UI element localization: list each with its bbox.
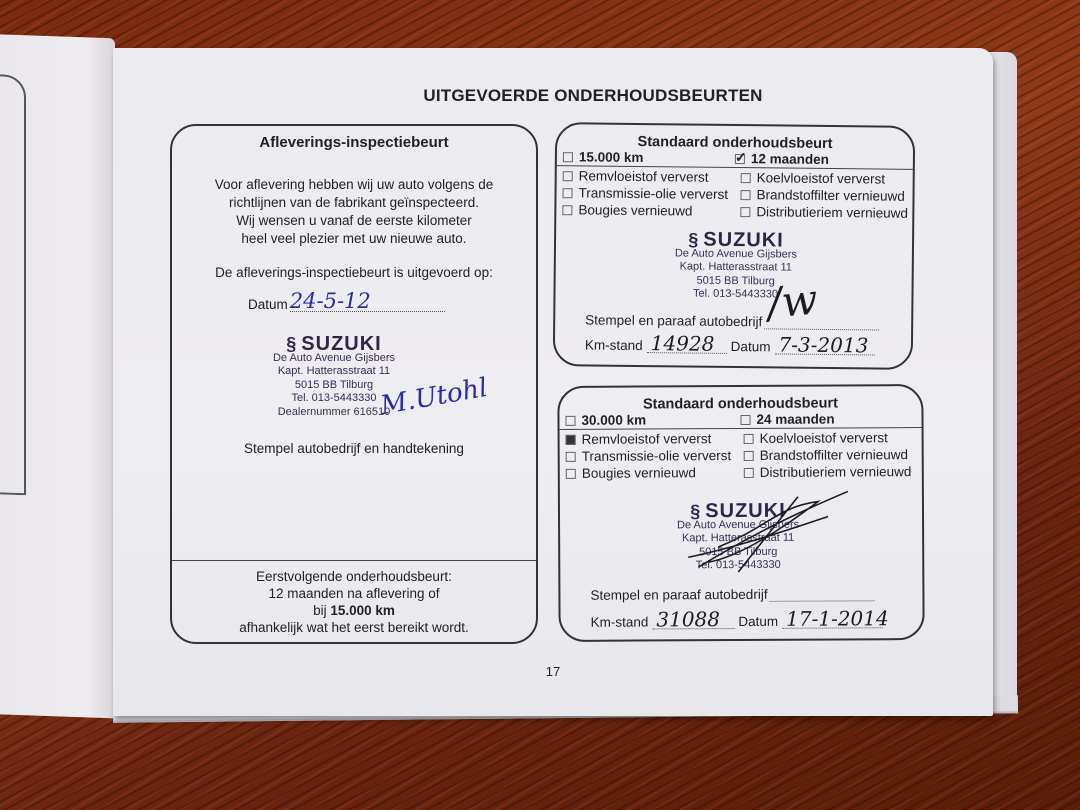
service-item[interactable]: Koelvloeistof ververst (744, 430, 916, 446)
date-value: 17-1-2014 (786, 606, 889, 631)
stamp-label: Stempel en paraaf autobedrijf (585, 312, 762, 329)
option-label: 24 maanden (756, 412, 834, 427)
page-number: 17 (113, 664, 993, 679)
km-label: Km-stand (591, 614, 649, 629)
stamp-line: De Auto Avenue Gijsbers (666, 247, 806, 262)
service-item[interactable]: Remvloeistof ververst (566, 431, 744, 447)
date-field: 7-3-2013 (774, 338, 874, 355)
suzuki-logo: §SUZUKI (254, 338, 414, 352)
delivery-date-field: Datum 24-5-12 (248, 296, 445, 312)
item-label: Remvloeistof ververst (579, 168, 709, 184)
stamp-signature-label: Stempel autobedrijf en handtekening (172, 441, 536, 456)
item-label: Remvloeistof ververst (582, 431, 712, 447)
date-label: Datum (731, 339, 771, 354)
date-value: 7-3-2013 (778, 332, 868, 357)
checkbox-icon[interactable] (740, 207, 750, 217)
checkbox-icon[interactable] (562, 188, 572, 198)
handwritten-date: 24-5-12 (290, 289, 371, 313)
stamp-line: Kapt. Hatterasstraat 11 (666, 260, 806, 275)
checkbox-icon[interactable] (563, 152, 573, 162)
stamp-paraph-field: Stempel en paraaf autobedrijf (585, 312, 879, 330)
done-on-label: De afleverings-inspectiebeurt is uitgevo… (172, 265, 536, 280)
km-value: 31088 (656, 607, 720, 631)
checkbox-icon[interactable] (744, 450, 754, 460)
checkbox-icon[interactable] (566, 468, 576, 478)
checkbox-icon[interactable] (562, 205, 572, 215)
service-item[interactable]: Brandstoffilter vernieuwd (740, 187, 908, 204)
intro-line: Wij wensen u vanaf de eerste kilometer (172, 212, 536, 230)
service-heading: Standaard onderhoudsbeurt (559, 395, 921, 413)
service-item[interactable]: Brandstoffilter vernieuwd (744, 447, 916, 463)
item-label: Distributieriem vernieuwd (756, 204, 908, 221)
option-label: 15.000 km (579, 149, 644, 165)
item-label: Bougies vernieuwd (578, 202, 692, 218)
item-label: Transmissie-olie ververst (582, 448, 732, 464)
option-km[interactable]: 15.000 km (563, 149, 735, 166)
checkbox-checked-icon[interactable] (566, 434, 576, 444)
service-box-2: Standaard onderhoudsbeurt 30.000 km 24 m… (557, 384, 924, 642)
km-date-row: Km-stand 31088 Datum 17-1-2014 (591, 612, 883, 630)
service-item[interactable]: Transmissie-olie ververst (562, 185, 740, 202)
divider (172, 560, 536, 561)
item-label: Brandstoffilter vernieuwd (756, 187, 904, 204)
date-label: Datum (738, 614, 778, 629)
checkbox-icon[interactable] (740, 414, 750, 424)
next-km: 15.000 km (330, 603, 395, 618)
stamp-line (770, 587, 875, 602)
service-item[interactable]: Remvloeistof ververst (563, 168, 741, 185)
item-label: Bougies vernieuwd (582, 465, 696, 481)
item-label: Brandstoffilter vernieuwd (760, 447, 908, 463)
date-field: 17-1-2014 (782, 612, 882, 629)
previous-page (0, 34, 115, 719)
checkbox-icon[interactable] (741, 173, 751, 183)
checkbox-icon[interactable] (744, 433, 754, 443)
item-label: Koelvloeistof ververst (760, 430, 888, 446)
checkbox-icon[interactable] (565, 415, 575, 425)
intro-line: Voor aflevering hebben wij uw auto volge… (172, 176, 536, 194)
next-line: bij 15.000 km (172, 602, 536, 619)
date-line: 24-5-12 (290, 296, 445, 312)
option-months[interactable]: 12 maanden (735, 151, 907, 168)
option-label: 12 maanden (751, 151, 829, 167)
checkbox-icon[interactable] (744, 467, 754, 477)
checkbox-checked-icon[interactable] (735, 154, 745, 164)
interval-options: 30.000 km 24 maanden (559, 411, 921, 428)
km-field: 14928 (647, 337, 727, 354)
item-label: Koelvloeistof ververst (757, 170, 885, 186)
service-booklet-page: UITGEVOERDE ONDERHOUDSBEURTEN Aflevering… (113, 48, 993, 716)
suzuki-s-icon: § (286, 338, 297, 352)
stamp-line: Kapt. Hatterasstraat 11 (254, 365, 414, 379)
checkbox-icon[interactable] (566, 451, 576, 461)
delivery-inspection-box: Afleverings-inspectiebeurt Voor afleveri… (170, 124, 538, 644)
service-box-1: Standaard onderhoudsbeurt 15.000 km 12 m… (553, 122, 916, 370)
service-item[interactable]: Transmissie-olie ververst (566, 448, 744, 464)
suzuki-s-icon: § (688, 234, 699, 248)
km-label: Km-stand (585, 337, 643, 353)
checkbox-icon[interactable] (563, 171, 573, 181)
previous-page-box (0, 74, 26, 496)
signature (678, 486, 858, 577)
option-km[interactable]: 30.000 km (565, 412, 740, 428)
option-label: 30.000 km (581, 412, 646, 427)
service-item[interactable]: Bougies vernieuwd (566, 465, 744, 481)
stamp-line (764, 315, 879, 330)
km-date-row: Km-stand 14928 Datum 7-3-2013 (585, 336, 875, 355)
stamp-line: De Auto Avenue Gijsbers (254, 352, 414, 366)
km-value: 14928 (651, 331, 715, 356)
checkbox-icon[interactable] (740, 190, 750, 200)
next-line: 12 maanden na aflevering of (172, 585, 536, 602)
page-title: UITGEVOERDE ONDERHOUDSBEURTEN (363, 86, 823, 106)
suzuki-logo: §SUZUKI (666, 233, 806, 248)
intro-line: richtlijnen van de fabrikant geïnspectee… (172, 194, 536, 212)
next-line: afhankelijk wat het eerst bereikt wordt. (172, 619, 536, 636)
item-label: Transmissie-olie ververst (578, 185, 728, 202)
stamp-label: Stempel en paraaf autobedrijf (590, 587, 767, 603)
delivery-intro: Voor aflevering hebben wij uw auto volge… (172, 176, 536, 248)
service-item[interactable]: Distributieriem vernieuwd (744, 464, 916, 480)
service-item[interactable]: Distributieriem vernieuwd (740, 204, 908, 221)
service-item[interactable]: Koelvloeistof ververst (741, 170, 909, 187)
service-items: Remvloeistof ververst Koelvloeistof verv… (560, 427, 922, 481)
item-label: Distributieriem vernieuwd (760, 464, 912, 480)
delivery-inspection-heading: Afleverings-inspectiebeurt (172, 134, 536, 151)
next-service-info: Eerstvolgende onderhoudsbeurt: 12 maande… (172, 568, 536, 636)
km-field: 31088 (652, 613, 734, 629)
date-label: Datum (248, 297, 288, 312)
option-months[interactable]: 24 maanden (740, 411, 915, 427)
service-items: Remvloeistof ververst Koelvloeistof verv… (556, 165, 913, 221)
intro-line: heel veel plezier met uw nieuwe auto. (172, 230, 536, 248)
service-item[interactable]: Bougies vernieuwd (562, 202, 740, 219)
next-prefix: bij (313, 603, 330, 618)
next-line: Eerstvolgende onderhoudsbeurt: (172, 568, 536, 585)
stamp-paraph-field: Stempel en paraaf autobedrijf (590, 586, 874, 602)
